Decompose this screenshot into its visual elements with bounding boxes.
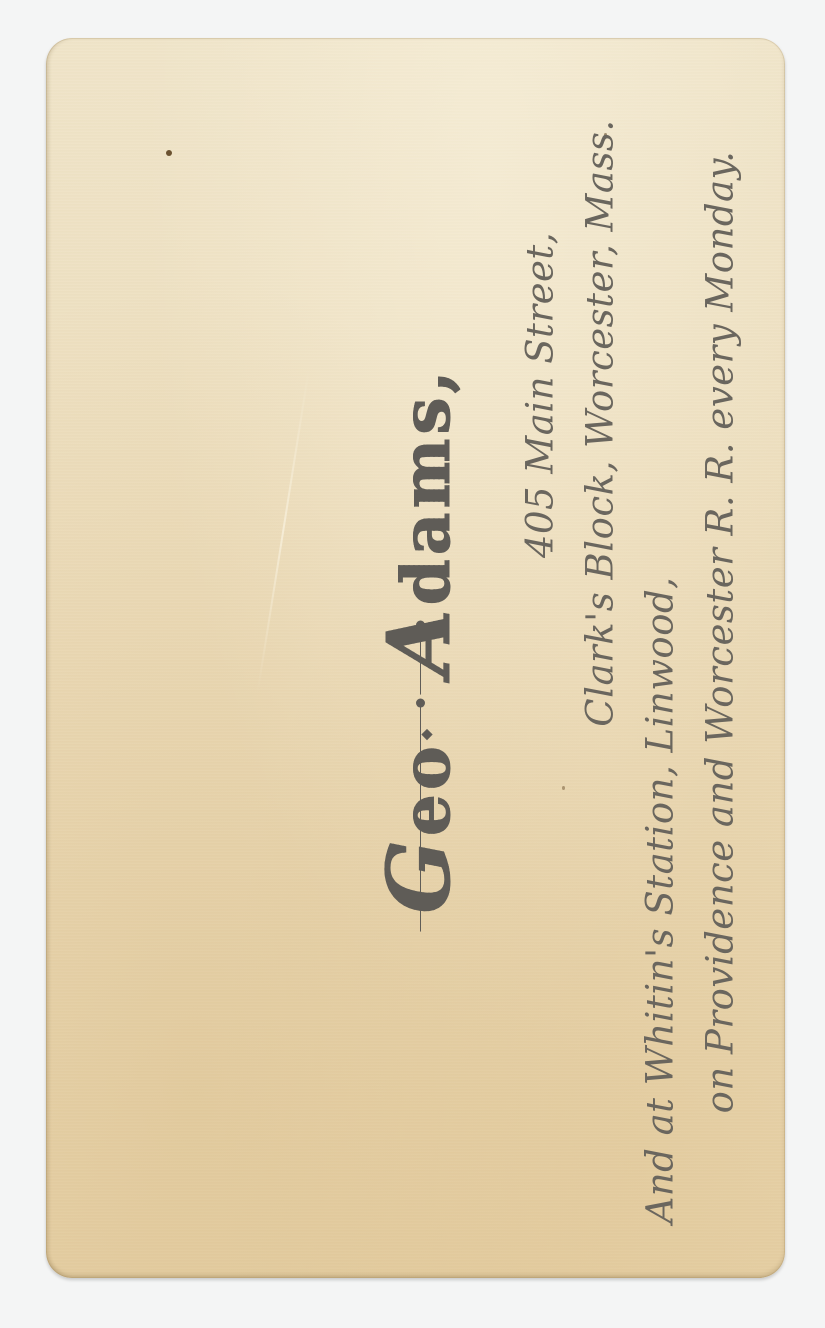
first-rest: eo bbox=[387, 742, 465, 836]
ornament-rule bbox=[420, 624, 421, 694]
last-rest: dams, bbox=[387, 366, 465, 605]
first-name: Geo bbox=[377, 724, 463, 913]
address-line-3: And at Whitin's Station, Linwood, bbox=[642, 577, 679, 1224]
ornament-rule bbox=[420, 702, 421, 931]
address-line-2: Clark's Block, Worcester, Mass. bbox=[582, 119, 619, 726]
stain-spot bbox=[562, 786, 565, 790]
last-name: Adams, bbox=[377, 366, 463, 676]
photographer-name: Geo Adams, bbox=[377, 366, 463, 913]
card-crease bbox=[256, 368, 310, 694]
address-line-4: on Providence and Worcester R. R. every … bbox=[702, 151, 739, 1114]
address-line-1: 405 Main Street, bbox=[522, 232, 559, 558]
diamond-ornament-icon bbox=[421, 728, 432, 739]
stain-spot bbox=[166, 150, 172, 156]
